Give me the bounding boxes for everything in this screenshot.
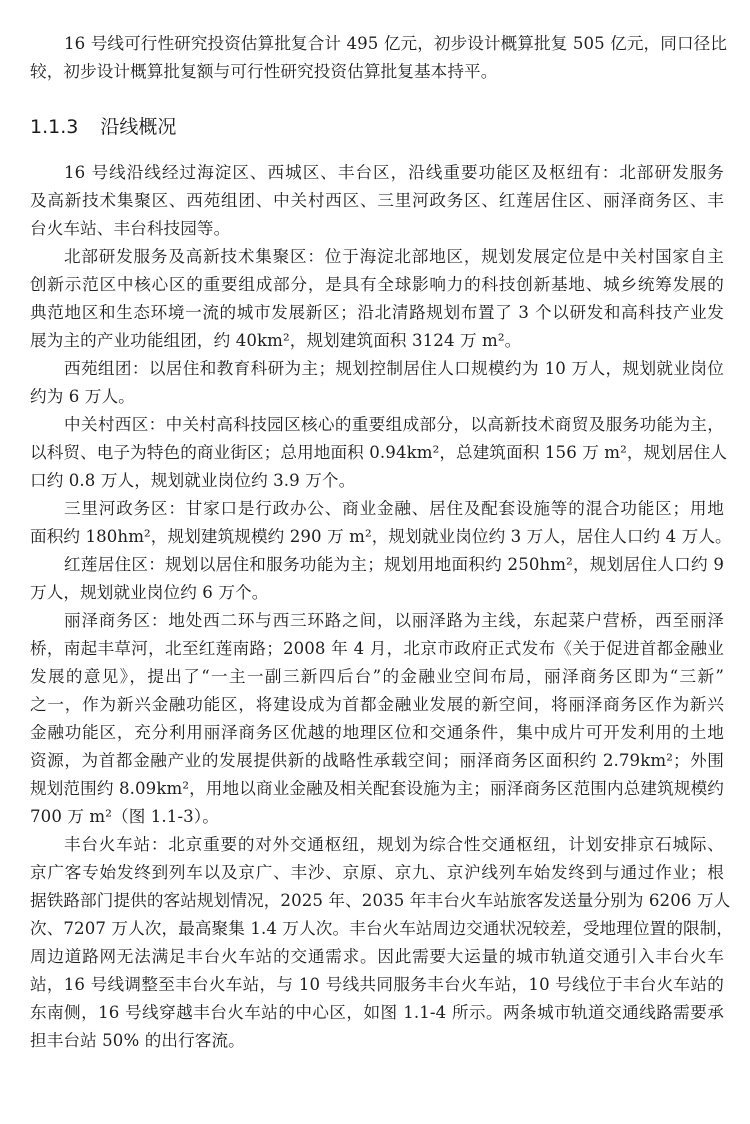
text-line: 丰台火车站：北京重要的对外交通枢纽，规划为综合性交通枢纽，计划安排京石城际、 — [30, 831, 724, 859]
text-line: 16 号线可行性研究投资估算批复合计 495 亿元，初步设计概算批复 505 亿… — [30, 30, 724, 58]
text-line: 金融功能区，充分利用丽泽商务区优越的地理区位和交通条件，集中成片可开发利用的土地 — [30, 719, 724, 747]
paragraph-zhongguancun-west: 中关村西区：中关村高科技园区核心的重要组成部分，以高新技术商贸及服务功能为主， … — [30, 411, 724, 495]
text-line: 创新示范区中核心区的重要组成部分，是具有全球影响力的科技创新基地、城乡统筹发展的 — [30, 271, 724, 299]
text-line: 中关村西区：中关村高科技园区核心的重要组成部分，以高新技术商贸及服务功能为主， — [30, 411, 724, 439]
text-line: 规划范围约 8.09km²，用地以商业金融及相关配套设施为主；丽泽商务区范围内总… — [30, 775, 724, 803]
section-heading: 1.1.3沿线概况 — [30, 112, 176, 142]
paragraph-lize-business: 丽泽商务区：地处西二环与西三环路之间，以丽泽路为主线，东起菜户营桥，西至丽泽 桥… — [30, 607, 724, 831]
text-line: 以科贸、电子为特色的商业街区；总用地面积 0.94km²，总建筑面积 156 万… — [30, 439, 724, 467]
text-line: 北部研发服务及高新技术集聚区：位于海淀北部地区，规划发展定位是中关村国家自主 — [30, 243, 724, 271]
intro-paragraph: 16 号线可行性研究投资估算批复合计 495 亿元，初步设计概算批复 505 亿… — [30, 30, 724, 86]
text-line: 约为 6 万人。 — [30, 383, 724, 411]
text-line: 台火车站、丰台科技园等。 — [30, 215, 724, 243]
text-line: 次、7207 万人次，最高聚集 1.4 万人次。丰台火车站周边交通状况较差，受地… — [30, 915, 724, 943]
paragraph-xiyuan-group: 西苑组团：以居住和教育科研为主；规划控制居住人口规模约为 10 万人，规划就业岗… — [30, 355, 724, 411]
text-line: 丽泽商务区：地处西二环与西三环路之间，以丽泽路为主线，东起菜户营桥，西至丽泽 — [30, 607, 724, 635]
text-line: 展为主的产业功能组团，约 40km²，规划建筑面积 3124 万 m²。 — [30, 327, 724, 355]
text-line: 东南侧，16 号线穿越丰台火车站的中心区，如图 1.1-4 所示。两条城市轨道交… — [30, 999, 724, 1027]
text-line: 红莲居住区：规划以居住和服务功能为主；规划用地面积约 250hm²，规划居住人口… — [30, 551, 724, 579]
text-line: 之一，作为新兴金融功能区，将建设成为首都金融业发展的新空间，将丽泽商务区作为新兴 — [30, 691, 724, 719]
text-line: 西苑组团：以居住和教育科研为主；规划控制居住人口规模约为 10 万人，规划就业岗… — [30, 355, 724, 383]
paragraph-north-rd-zone: 北部研发服务及高新技术集聚区：位于海淀北部地区，规划发展定位是中关村国家自主 创… — [30, 243, 724, 355]
text-line: 典范地区和生态环境一流的城市发展新区；沿北清路规划布置了 3 个以研发和高科技产… — [30, 299, 724, 327]
text-line: 站，16 号线调整至丰台火车站，与 10 号线共同服务丰台火车站，10 号线位于… — [30, 971, 724, 999]
text-line: 周边道路网无法满足丰台火车站的交通需求。因此需要大运量的城市轨道交通引入丰台火车 — [30, 943, 724, 971]
text-line: 及高新技术集聚区、西苑组团、中关村西区、三里河政务区、红莲居住区、丽泽商务区、丰 — [30, 187, 724, 215]
text-line: 发展的意见》，提出了“一主一副三新四后台”的金融业空间布局，丽泽商务区即为“三新… — [30, 663, 724, 691]
text-line: 资源，为首都金融产业的发展提供新的战略性承载空间；丽泽商务区面积约 2.79km… — [30, 747, 724, 775]
text-line: 16 号线沿线经过海淀区、西城区、丰台区，沿线重要功能区及枢纽有：北部研发服务 — [30, 159, 724, 187]
paragraph-sanlihe-admin: 三里河政务区：甘家口是行政办公、商业金融、居住及配套设施等的混合功能区；用地 面… — [30, 495, 724, 551]
text-line: 据铁路部门提供的客站规划情况，2025 年、2035 年丰台火车站旅客发送量分别… — [30, 887, 724, 915]
text-line: 桥，南起丰草河，北至红莲南路；2008 年 4 月，北京市政府正式发布《关于促进… — [30, 635, 724, 663]
text-line: 担丰台站 50% 的出行客流。 — [30, 1027, 724, 1055]
body-text: 16 号线沿线经过海淀区、西城区、丰台区，沿线重要功能区及枢纽有：北部研发服务 … — [30, 159, 724, 1055]
text-line: 万人，规划就业岗位约 6 万个。 — [30, 579, 724, 607]
text-line: 京广客专始发终到列车以及京广、丰沙、京原、京九、京沪线列车始发终到与通过作业；根 — [30, 859, 724, 887]
text-line: 三里河政务区：甘家口是行政办公、商业金融、居住及配套设施等的混合功能区；用地 — [30, 495, 724, 523]
text-line: 较，初步设计概算批复额与可行性研究投资估算批复基本持平。 — [30, 58, 724, 86]
paragraph-overview: 16 号线沿线经过海淀区、西城区、丰台区，沿线重要功能区及枢纽有：北部研发服务 … — [30, 159, 724, 243]
text-line: 口约 0.8 万人，规划就业岗位约 3.9 万个。 — [30, 467, 724, 495]
paragraph-honglian-residential: 红莲居住区：规划以居住和服务功能为主；规划用地面积约 250hm²，规划居住人口… — [30, 551, 724, 607]
text-line: 700 万 m²（图 1.1-3）。 — [30, 803, 724, 831]
paragraph-fengtai-station: 丰台火车站：北京重要的对外交通枢纽，规划为综合性交通枢纽，计划安排京石城际、 京… — [30, 831, 724, 1055]
text-line: 面积约 180hm²，规划建筑规模约 290 万 m²，规划就业岗位约 3 万人… — [30, 523, 724, 551]
section-title: 沿线概况 — [100, 116, 176, 138]
section-number: 1.1.3 — [30, 116, 78, 138]
